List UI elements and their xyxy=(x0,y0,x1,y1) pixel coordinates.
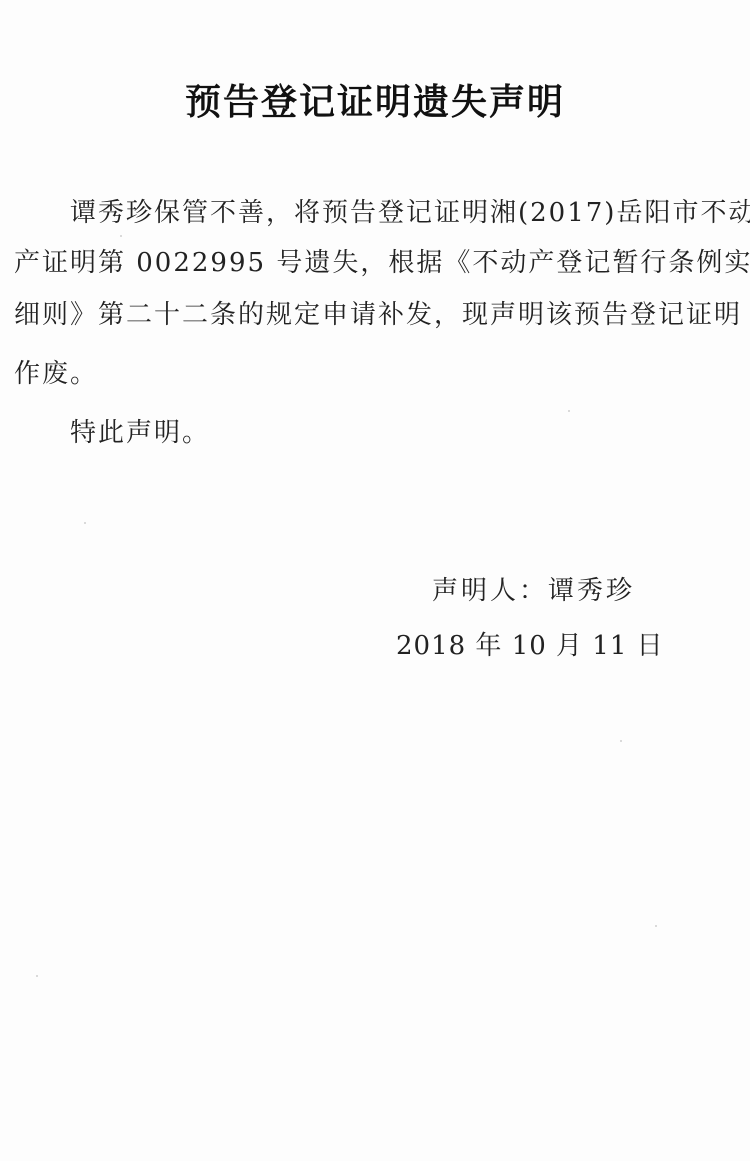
document-page: 预告登记证明遗失声明 谭秀珍保管不善，将预告登记证明湘(2017)岳阳市不动 产… xyxy=(0,0,750,1161)
body-line-3: 细则》第二十二条的规定申请补发，现声明该预告登记证明 xyxy=(14,294,742,331)
document-title: 预告登记证明遗失声明 xyxy=(0,74,750,125)
signature-line: 声明人：谭秀珍 xyxy=(432,570,635,607)
scan-speck xyxy=(84,522,86,524)
scan-speck xyxy=(36,975,38,977)
closing-statement: 特此声明。 xyxy=(70,412,210,449)
scan-speck xyxy=(568,410,570,412)
scan-speck xyxy=(620,740,622,742)
body-line-4: 作废。 xyxy=(14,353,98,390)
scan-speck xyxy=(120,235,122,237)
scan-speck xyxy=(655,925,657,927)
body-line-2: 产证明第 0022995 号遗失，根据《不动产登记暂行条例实施 xyxy=(14,242,750,279)
body-line-1: 谭秀珍保管不善，将预告登记证明湘(2017)岳阳市不动 xyxy=(70,192,750,229)
date-line: 2018 年 10 月 11 日 xyxy=(396,625,664,662)
